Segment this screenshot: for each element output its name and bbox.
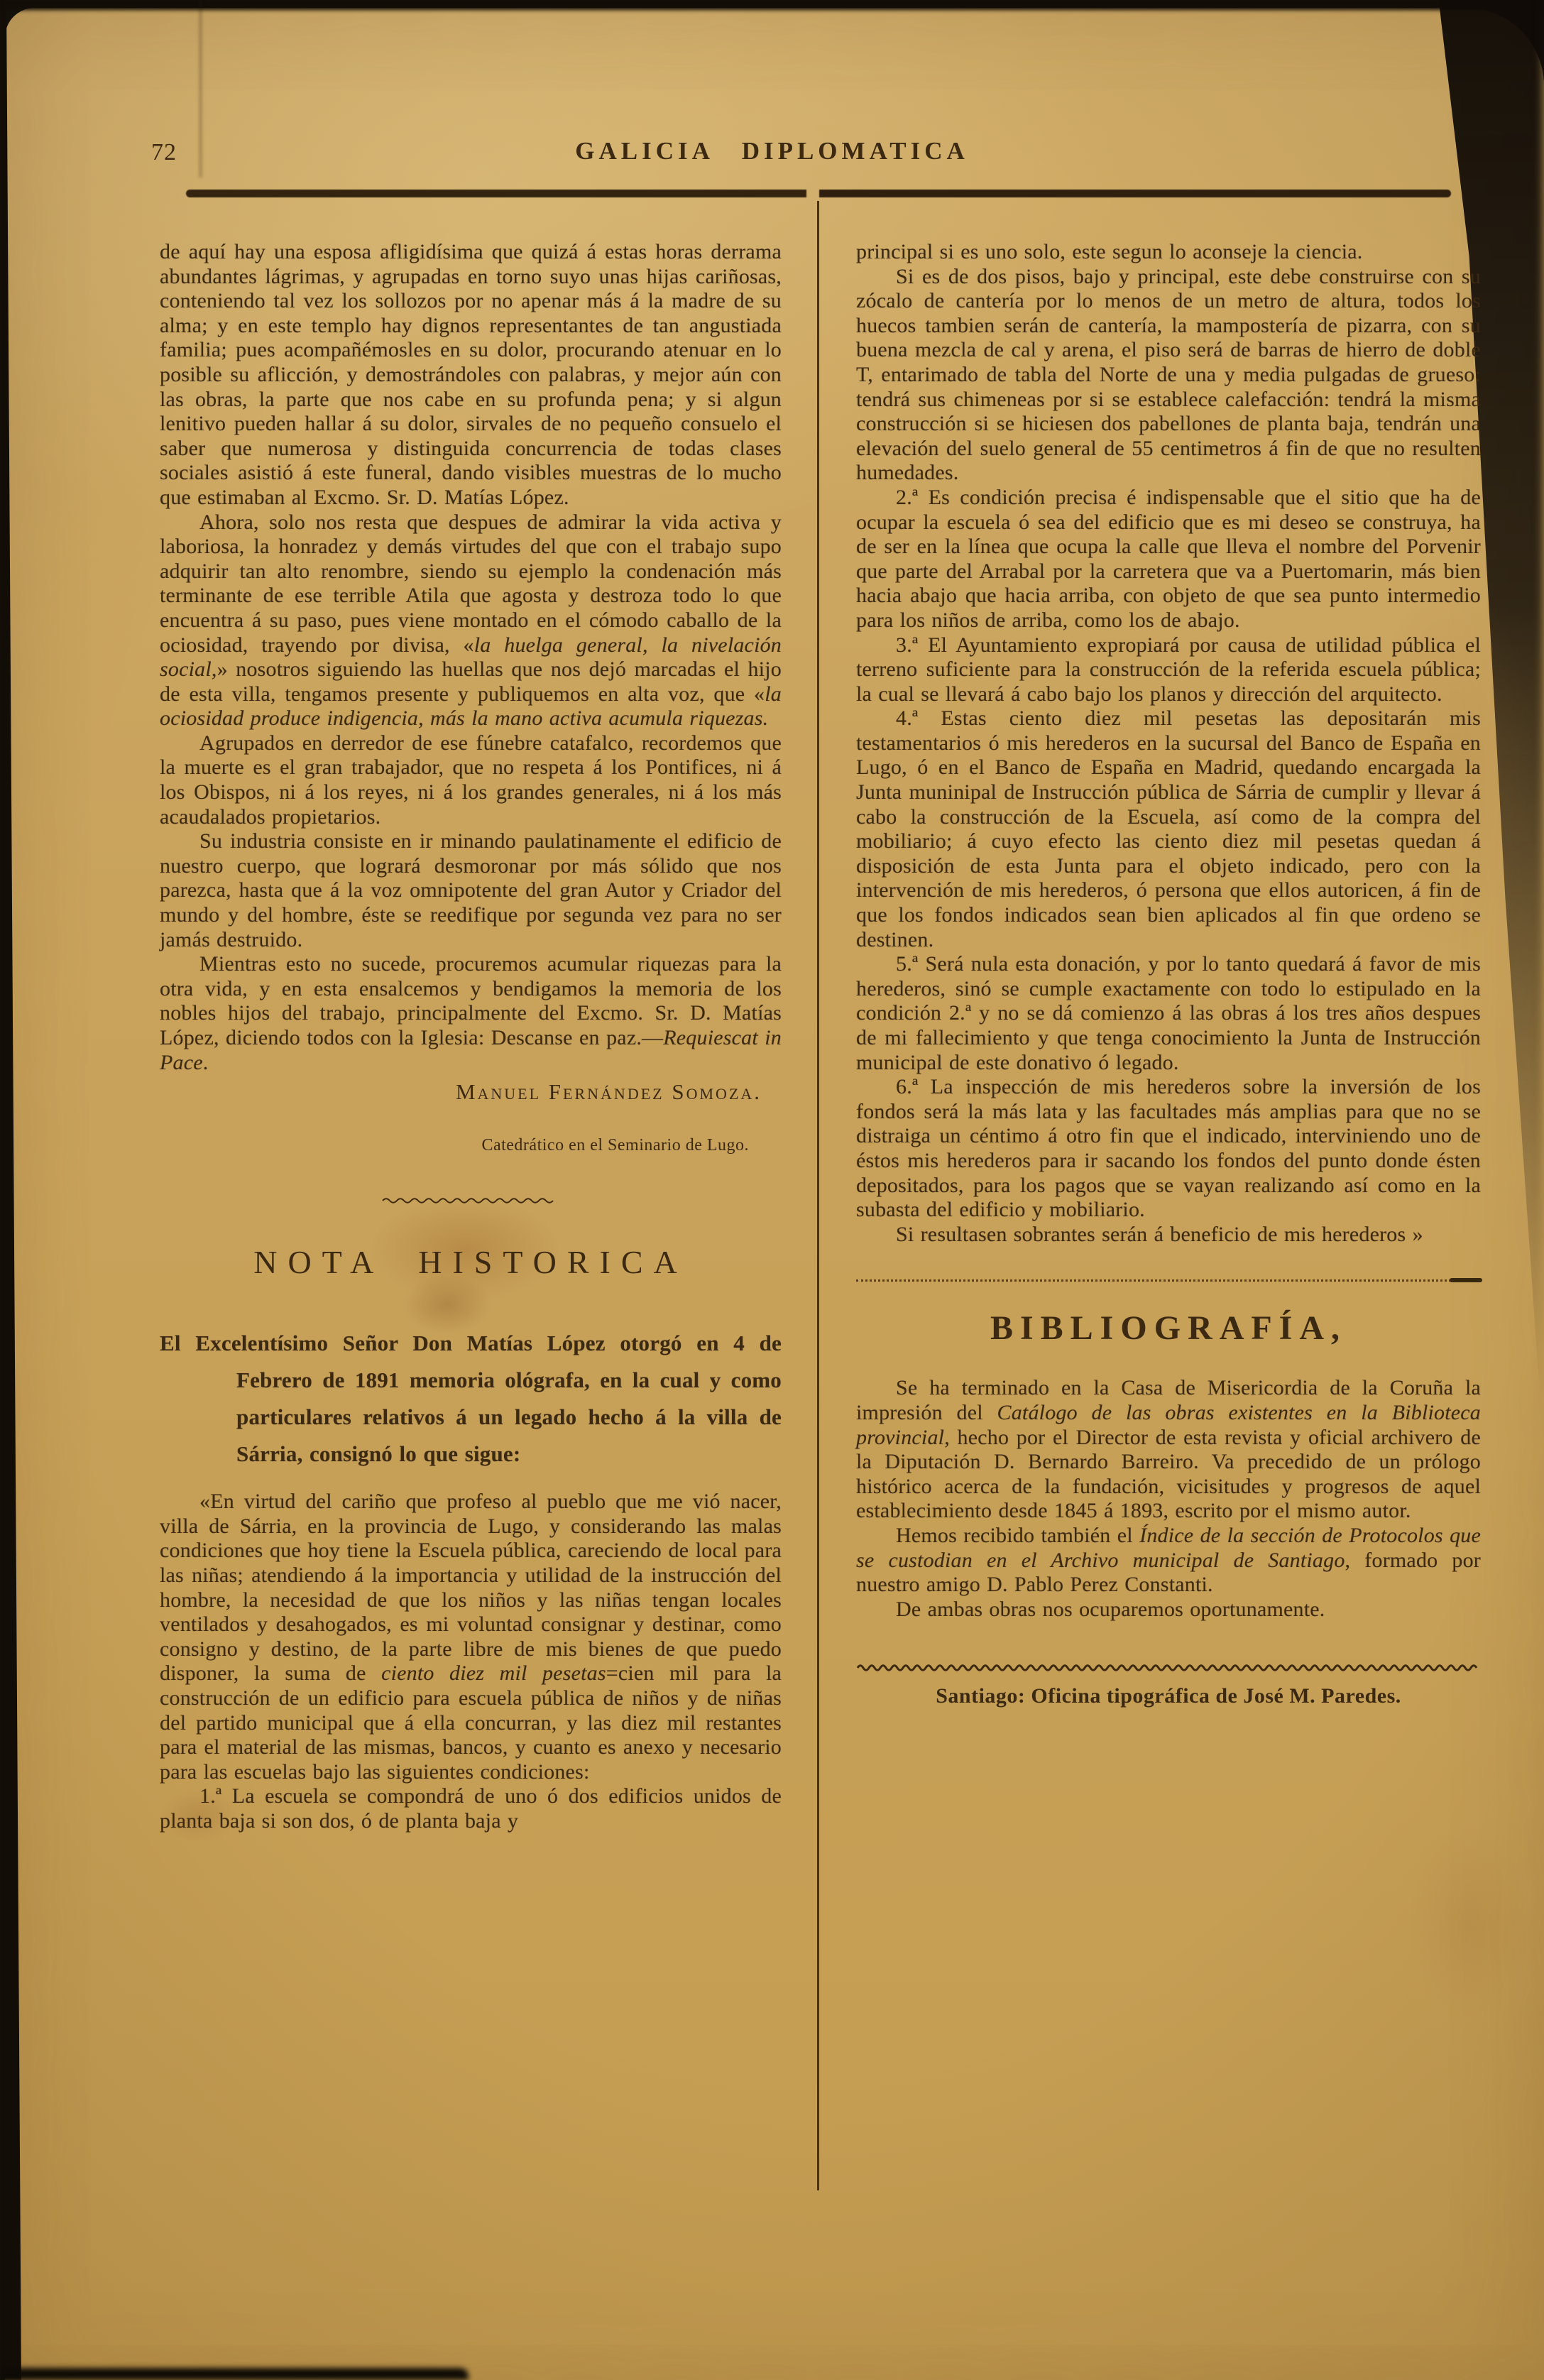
text-segment: » nosotros siguiendo las huellas que nos…: [160, 657, 782, 706]
squiggle-divider: [382, 1196, 559, 1205]
section-heading-nota-historica: NOTA HISTORICA: [160, 1243, 782, 1281]
header-rule: [186, 190, 1451, 197]
paragraph: Agrupados en derredor de ese fúnebre cat…: [160, 731, 782, 829]
paragraph-condition-5: 5.ª Será nula esta donación, y por lo ta…: [856, 952, 1481, 1075]
text-segment: Hemos recibido también el: [896, 1524, 1139, 1547]
paragraph: Si resultasen sobrantes serán á benefici…: [856, 1223, 1481, 1248]
section-heading-bibliografia: BIBLIOGRAFÍA,: [856, 1309, 1481, 1348]
text-segment: El Excelentísimo Señor Don Matías López …: [160, 1331, 782, 1466]
squiggle-divider: [857, 1663, 1480, 1673]
paragraph: Mientras esto no sucede, procuremos acum…: [160, 952, 782, 1075]
paragraph-condition-4: 4.ª Estas ciento diez mil pesetas las de…: [856, 706, 1481, 952]
text-segment: 2.ª Es condición precisa é indispensable…: [856, 486, 1481, 632]
paragraph: Ahora, solo nos resta que despues de adm…: [160, 511, 782, 731]
left-column: de aquí hay una esposa afligidísima que …: [160, 240, 782, 1834]
author-signature: Manuel Fernández Somoza.: [160, 1079, 782, 1105]
imprint-footer: Santiago: Oficina tipográfica de José M.…: [856, 1684, 1481, 1708]
paragraph: Hemos recibido también el Índice de la s…: [856, 1524, 1481, 1598]
paragraph: Si es de dos pisos, bajo y principal, es…: [856, 265, 1481, 486]
text-segment: Si resultasen sobrantes serán á benefici…: [896, 1223, 1423, 1246]
paragraph-condition-3: 3.ª El Ayuntamiento expropiará por causa…: [856, 633, 1481, 707]
paragraph-continuation: de aquí hay una esposa afligidísima que …: [160, 240, 782, 511]
author-credential: Catedrático en el Seminario de Lugo.: [160, 1136, 782, 1155]
text-segment: Agrupados en derredor de ese fúnebre cat…: [160, 731, 782, 829]
text-segment: , hecho por el Director de esta revista …: [856, 1426, 1481, 1523]
paragraph-continuation: principal si es uno solo, este segun lo …: [856, 240, 1481, 265]
text-segment: De ambas obras nos ocuparemos oportuname…: [896, 1598, 1325, 1621]
text-segment: 6.ª La inspección de mis herederos sobre…: [856, 1075, 1481, 1221]
paragraph-condition-1: 1.ª La escuela se compondrá de uno ó dos…: [160, 1784, 782, 1833]
paragraph: Su industria consiste en ir minando paul…: [160, 829, 782, 952]
paragraph: Se ha terminado en la Casa de Misericord…: [856, 1376, 1481, 1524]
masthead-title: GALICIA DIPLOMATICA: [0, 137, 1544, 165]
text-segment: 3.ª El Ayuntamiento expropiará por causa…: [856, 633, 1481, 706]
right-column: principal si es uno solo, este segun lo …: [856, 240, 1481, 1708]
text-segment: de aquí hay una esposa afligidísima que …: [160, 240, 782, 509]
column-divider-rule: [817, 201, 819, 2190]
text-segment: 5.ª Será nula esta donación, y por lo ta…: [856, 952, 1481, 1074]
text-segment: ciento diez mil pesetas: [381, 1661, 606, 1685]
paragraph-condition-6: 6.ª La inspección de mis herederos sobre…: [856, 1075, 1481, 1223]
paragraph: De ambas obras nos ocuparemos oportuname…: [856, 1598, 1481, 1622]
text-segment: «En virtud del cariño que profeso al pue…: [160, 1490, 782, 1685]
text-segment: 1.ª La escuela se compondrá de uno ó dos…: [160, 1784, 782, 1833]
paragraph-condition-2: 2.ª Es condición precisa é indispensable…: [856, 486, 1481, 633]
text-segment: 4.ª Estas ciento diez mil pesetas las de…: [856, 706, 1481, 951]
scanned-page: 72 GALICIA DIPLOMATICA de aquí hay una e…: [0, 0, 1544, 2380]
text-segment: .: [203, 1051, 209, 1074]
text-segment: Si es de dos pisos, bajo y principal, es…: [856, 265, 1481, 485]
dotted-divider: [856, 1279, 1481, 1284]
text-segment: principal si es uno solo, este segun lo …: [856, 240, 1362, 263]
paragraph-quote-start: «En virtud del cariño que profeso al pue…: [160, 1490, 782, 1784]
text-segment: Su industria consiste en ir minando paul…: [160, 829, 782, 951]
lead-paragraph: El Excelentísimo Señor Don Matías López …: [160, 1325, 782, 1473]
